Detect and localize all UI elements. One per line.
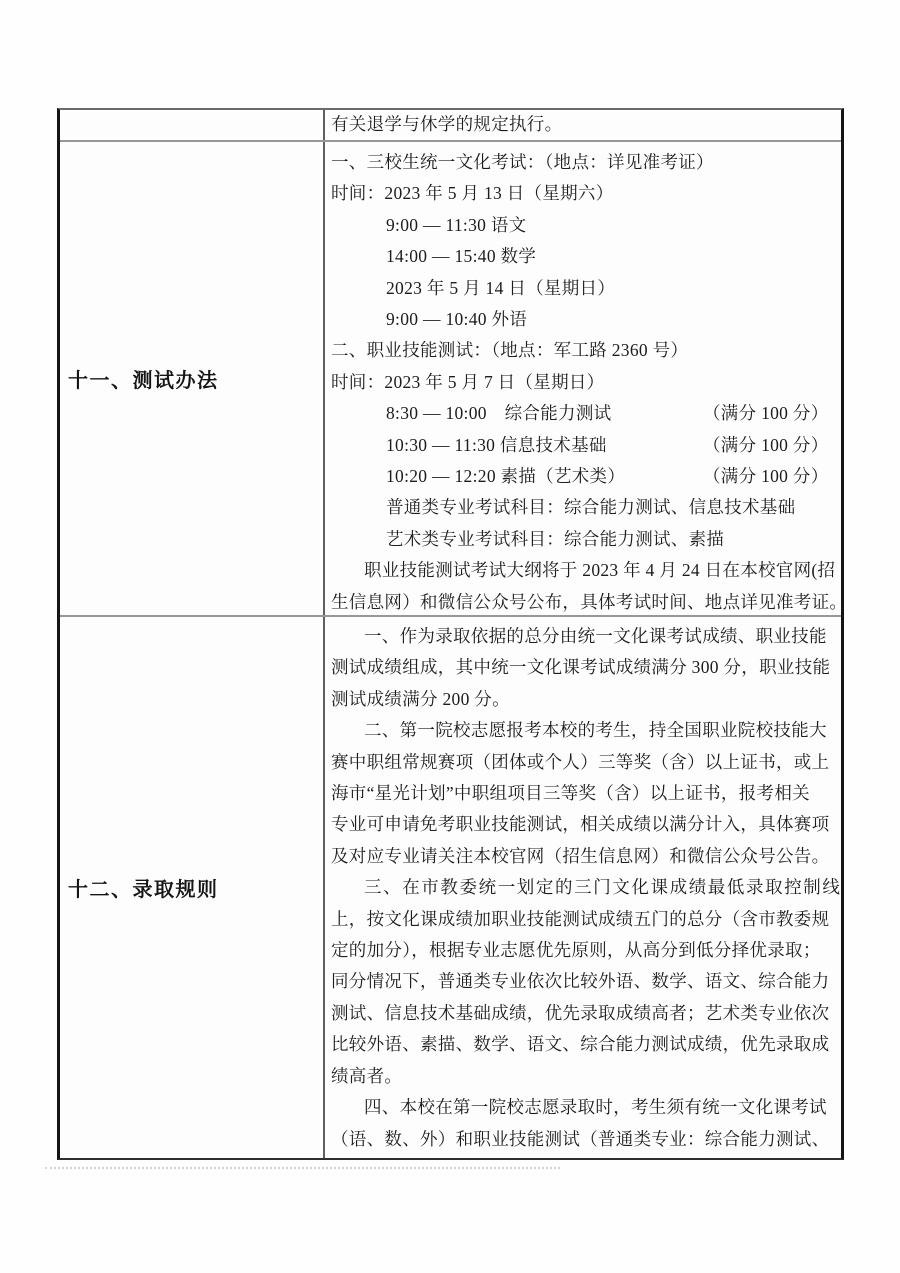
content-line: 一、三校生统一文化考试：（地点：详见准考证） xyxy=(331,147,841,178)
content-line: 三、在市教委统一划定的三门文化课成绩最低录取控制线 xyxy=(331,872,841,903)
content-line: 一、作为录取依据的总分由统一文化课考试成绩、职业技能 xyxy=(331,621,841,652)
content-line: 10:20 — 12:20 素描（艺术类）（满分 100 分） xyxy=(331,461,841,492)
content-line: 生信息网）和微信公众号公布，具体考试时间、地点详见准考证。 xyxy=(331,587,841,615)
content-line: 二、职业技能测试：（地点：军工路 2360 号） xyxy=(331,335,841,366)
table-row-row-admission-rules: 十二、录取规则一、作为录取依据的总分由统一文化课考试成绩、职业技能测试成绩组成，… xyxy=(60,615,841,1158)
row-content-cell: 有关退学与休学的规定执行。 xyxy=(325,110,841,140)
content-line: 普通类专业考试科目：综合能力测试、信息技术基础 xyxy=(331,492,841,523)
row-header-cell xyxy=(60,110,325,140)
max-score-text: （满分 100 分） xyxy=(703,398,829,429)
table-row-row-test-method: 十一、测试办法一、三校生统一文化考试：（地点：详见准考证）时间：2023 年 5… xyxy=(60,140,841,615)
content-line: 测试、信息技术基础成绩，优先录取成绩高者；艺术类专业依次 xyxy=(331,998,841,1029)
content-line: 9:00 — 11:30 语文 xyxy=(331,210,841,241)
content-line: 二、第一院校志愿报考本校的考生，持全国职业院校技能大 xyxy=(331,715,841,746)
schedule-text: 8:30 — 10:00 综合能力测试 xyxy=(386,398,703,429)
row-header-cell: 十一、测试办法 xyxy=(60,142,325,615)
row-content-cell: 一、作为录取依据的总分由统一文化课考试成绩、职业技能测试成绩组成，其中统一文化课… xyxy=(325,617,841,1158)
row-header-cell: 十二、录取规则 xyxy=(60,617,325,1158)
admissions-rules-table: 有关退学与休学的规定执行。十一、测试办法一、三校生统一文化考试：（地点：详见准考… xyxy=(57,108,844,1160)
schedule-text: 10:20 — 12:20 素描（艺术类） xyxy=(386,461,703,492)
content-line: 及对应专业请关注本校官网（招生信息网）和微信公众号公告。 xyxy=(331,841,841,872)
content-line: 时间：2023 年 5 月 7 日（星期日） xyxy=(331,367,841,398)
content-line: 8:30 — 10:00 综合能力测试（满分 100 分） xyxy=(331,398,841,429)
content-line: 海市“星光计划”中职组项目三等奖（含）以上证书，报考相关 xyxy=(331,778,841,809)
document-page: 有关退学与休学的规定执行。十一、测试办法一、三校生统一文化考试：（地点：详见准考… xyxy=(0,0,900,1273)
content-line: 14:00 — 15:40 数学 xyxy=(331,241,841,272)
content-line: 绩高者。 xyxy=(331,1061,841,1092)
content-line: 10:30 — 11:30 信息技术基础（满分 100 分） xyxy=(331,430,841,461)
content-line: 2023 年 5 月 14 日（星期日） xyxy=(331,273,841,304)
content-line: 比较外语、素描、数学、语文、综合能力测试成绩，优先录取成 xyxy=(331,1029,841,1060)
row-header-label: 十二、录取规则 xyxy=(68,873,219,902)
content-line: 职业技能测试考试大纲将于 2023 年 4 月 24 日在本校官网(招 xyxy=(331,555,841,586)
content-line: 赛中职组常规赛项（团体或个人）三等奖（含）以上证书，或上 xyxy=(331,747,841,778)
table-row-row-continuation: 有关退学与休学的规定执行。 xyxy=(60,110,841,140)
schedule-text: 10:30 — 11:30 信息技术基础 xyxy=(386,430,703,461)
content-line: （语、数、外）和职业技能测试（普通类专业：综合能力测试、 xyxy=(331,1124,841,1155)
content-line: 艺术类专业考试科目：综合能力测试、素描 xyxy=(331,524,841,555)
content-line: 有关退学与休学的规定执行。 xyxy=(331,111,841,138)
page-scan-artifact-line xyxy=(45,1167,560,1169)
content-line: 时间：2023 年 5 月 13 日（星期六） xyxy=(331,178,841,209)
max-score-text: （满分 100 分） xyxy=(703,461,829,492)
content-line: 测试成绩满分 200 分。 xyxy=(331,684,841,715)
content-line: 测试成绩组成，其中统一文化课考试成绩满分 300 分，职业技能 xyxy=(331,652,841,683)
content-line: 专业可申请免考职业技能测试，相关成绩以满分计入，具体赛项 xyxy=(331,809,841,840)
max-score-text: （满分 100 分） xyxy=(703,430,829,461)
content-line: 同分情况下，普通类专业依次比较外语、数学、语文、综合能力 xyxy=(331,966,841,997)
content-line: 四、本校在第一院校志愿录取时，考生须有统一文化课考试 xyxy=(331,1092,841,1123)
content-line: 上，按文化课成绩加职业技能测试成绩五门的总分（含市教委规 xyxy=(331,904,841,935)
row-content-cell: 一、三校生统一文化考试：（地点：详见准考证）时间：2023 年 5 月 13 日… xyxy=(325,142,841,615)
content-line: 9:00 — 10:40 外语 xyxy=(331,304,841,335)
content-line: 定的加分），根据专业志愿优先原则，从高分到低分择优录取； xyxy=(331,935,841,966)
row-header-label: 十一、测试办法 xyxy=(68,364,219,393)
